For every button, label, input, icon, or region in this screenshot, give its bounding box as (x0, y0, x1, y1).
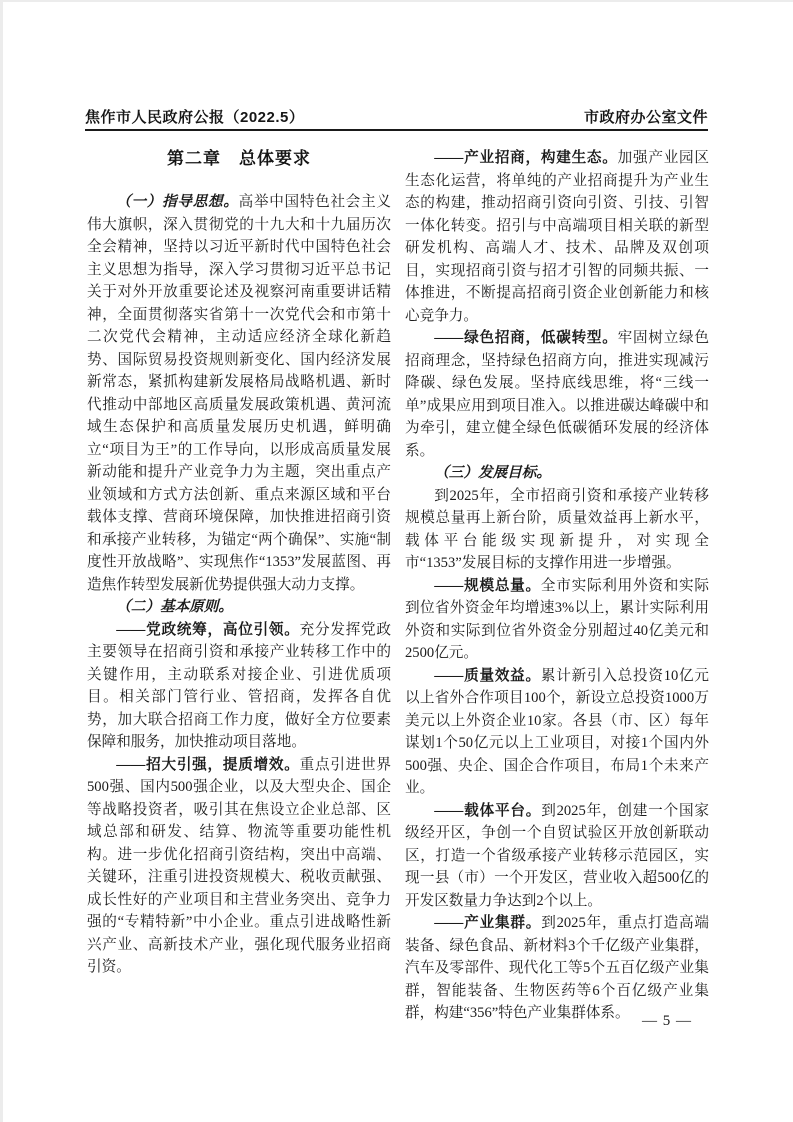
page-number: — 5 — (626, 1013, 708, 1030)
paragraph-text: 到2025年，全市招商引资和承接产业转移规模总量再上新台阶，质量效益再上新水平，… (405, 488, 709, 572)
header-rule (85, 129, 708, 131)
paragraph-lead: ——规模总量。 (434, 578, 541, 594)
paragraph-text: 充分发挥党政主要领导在招商引资和承接产业转移工作中的关键作用，主动联系对接企业、… (87, 622, 391, 751)
paragraph-industry-cluster: ——产业集群。到2025年，重点打造高端装备、绿色食品、新材料3个千亿级产业集群… (405, 912, 709, 1025)
paragraph-text: 累计新引入总投资10亿元以上省外合作项目100个，新设立总投资1000万美元以上… (405, 668, 709, 797)
paragraph-lead: ——载体平台。 (434, 803, 541, 819)
paragraph-scale-total: ——规模总量。全市实际利用外资和实际到位省外资金年均增速3%以上，累计实际利用外… (405, 575, 709, 665)
right-column: ——产业招商，构建生态。加强产业园区生态化运营，将单纯的产业招商提升为产业生态的… (405, 147, 709, 1025)
header-document-category: 市政府办公室文件 (584, 106, 708, 127)
left-column: 第二章 总体要求 （一）指导思想。高举中国特色社会主义伟大旗帜，深入贯彻党的十九… (87, 147, 391, 1025)
paragraph-development-goals: （三）发展目标。 (405, 462, 709, 485)
paragraph-carrier-platform: ——载体平台。到2025年，创建一个国家级经开区，争创一个自贸试验区开放创新联动… (405, 800, 709, 913)
paragraph-text: 牢固树立绿色招商理念，坚持绿色招商方向，推进实现减污降碳、绿色发展。坚持底线思维… (405, 330, 709, 459)
paragraph-lead: ——招大引强，提质增效。 (116, 757, 299, 773)
paragraph-lead: （三）发展目标。 (434, 465, 551, 481)
chapter-title: 第二章 总体要求 (87, 147, 391, 170)
paragraph-green-investment: ——绿色招商，低碳转型。牢固树立绿色招商理念，坚持绿色招商方向，推进实现减污降碳… (405, 327, 709, 462)
document-page: 焦作市人民政府公报（2022.5） 市政府办公室文件 第二章 总体要求 （一）指… (0, 0, 793, 1122)
paragraph-lead: ——绿色招商，低碳转型。 (434, 330, 617, 346)
paragraph-guiding-ideology: （一）指导思想。高举中国特色社会主义伟大旗帜，深入贯彻党的十九大和十九届历次全会… (87, 191, 391, 596)
header-gazette-title: 焦作市人民政府公报（2022.5） (85, 106, 304, 127)
paragraph-text: 高举中国特色社会主义伟大旗帜，深入贯彻党的十九大和十九届历次全会精神，坚持以习近… (87, 194, 391, 593)
paragraph-party-government: ——党政统筹，高位引领。充分发挥党政主要领导在招商引资和承接产业转移工作中的关键… (87, 619, 391, 754)
paragraph-attract-big: ——招大引强，提质增效。重点引进世界500强、国内500强企业，以及大型央企、国… (87, 754, 391, 979)
paragraph-lead: ——产业集群。 (434, 915, 541, 931)
paragraph-quality-benefit: ——质量效益。累计新引入总投资10亿元以上省外合作项目100个，新设立总投资10… (405, 665, 709, 800)
paragraph-industry-investment: ——产业招商，构建生态。加强产业园区生态化运营，将单纯的产业招商提升为产业生态的… (405, 147, 709, 327)
page-header: 焦作市人民政府公报（2022.5） 市政府办公室文件 (85, 106, 708, 127)
paragraph-lead: （二）基本原则。 (116, 599, 233, 615)
paragraph-lead: ——党政统筹，高位引领。 (116, 622, 299, 638)
paragraph-goals-overview: 到2025年，全市招商引资和承接产业转移规模总量再上新台阶，质量效益再上新水平，… (405, 485, 709, 575)
paragraph-basic-principles: （二）基本原则。 (87, 596, 391, 619)
paragraph-text: 加强产业园区生态化运营，将单纯的产业招商提升为产业生态的构建，推动招商引资向引资… (405, 150, 709, 324)
paragraph-lead: ——质量效益。 (434, 668, 541, 684)
paragraph-lead: （一）指导思想。 (116, 194, 238, 210)
document-body: 第二章 总体要求 （一）指导思想。高举中国特色社会主义伟大旗帜，深入贯彻党的十九… (87, 147, 709, 1025)
paragraph-text: 重点引进世界500强、国内500强企业，以及大型央企、国企等战略投资者，吸引其在… (87, 757, 391, 976)
paragraph-lead: ——产业招商，构建生态。 (434, 150, 617, 166)
